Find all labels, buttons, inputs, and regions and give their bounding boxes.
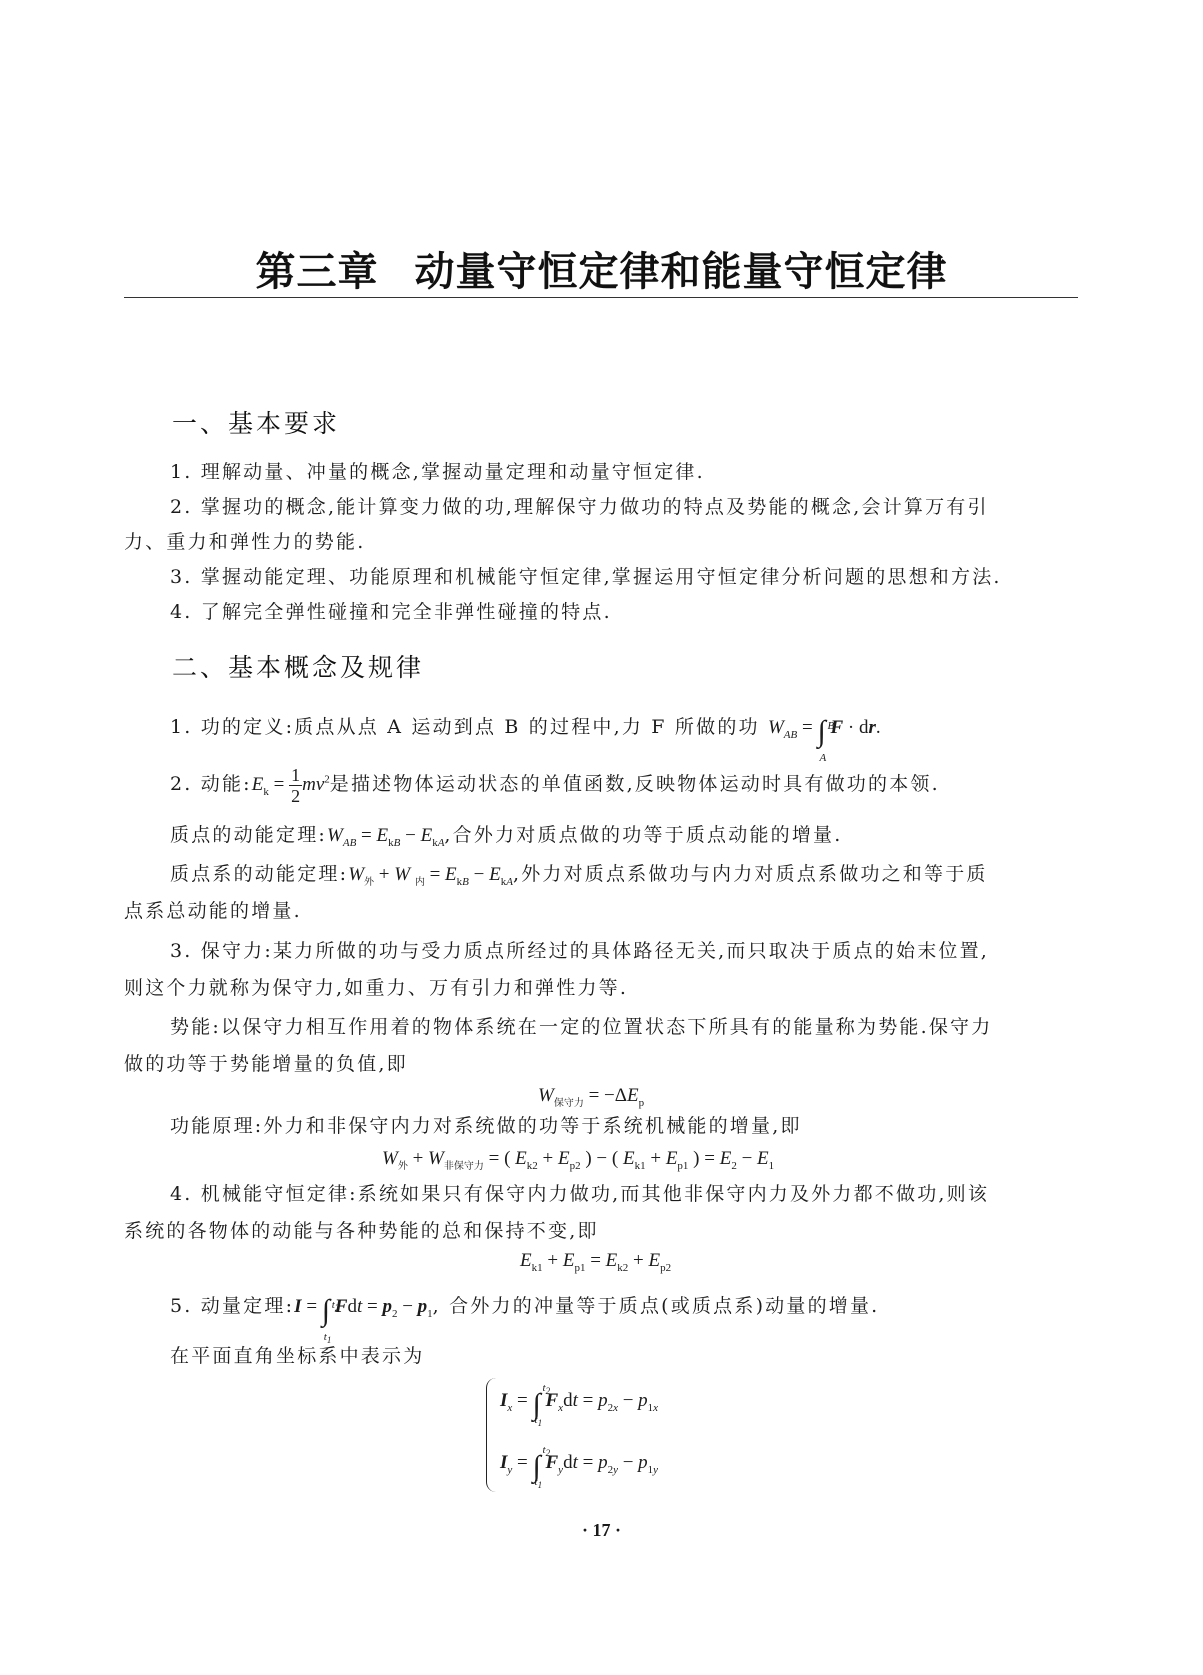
system-kinetic-theorem-cont: 点系总动能的增量. xyxy=(124,898,302,924)
requirement-item-2: 2. 掌握功的概念,能计算变力做的功,理解保守力做功的特点及势能的概念,会计算万… xyxy=(170,494,989,520)
mech-energy-conservation-line2: 系统的各物体的动能与各种势能的总和保持不变,即 xyxy=(124,1218,599,1244)
potential-energy-line2: 做的功等于势能增量的负值,即 xyxy=(124,1051,408,1077)
momentum-y-component: Iy = ∫t2t1 Fydt = p2y − p1y xyxy=(500,1450,658,1484)
requirement-item-2-cont: 力、重力和弹性力的势能. xyxy=(124,529,365,555)
title-divider xyxy=(124,297,1078,298)
momentum-theorem: 5. 动量定理:I = ∫t2t1 Fdt = p2 − p1, 合外力的冲量等… xyxy=(170,1293,879,1327)
system-brace xyxy=(486,1378,497,1492)
kinetic-energy-formula: Ek = 12mv2 xyxy=(252,774,330,795)
kinetic-energy-definition: 2. 动能:Ek = 12mv2是描述物体运动状态的单值函数,反映物体运动时具有… xyxy=(170,765,940,806)
requirement-item-3: 3. 掌握动能定理、功能原理和机械能守恒定律,掌握运用守恒定律分析问题的思想和方… xyxy=(170,564,1002,590)
work-formula: WAB = ∫BA F · dr. xyxy=(768,717,881,738)
particle-kinetic-theorem: 质点的动能定理:WAB = EkB − EkA,合外力对质点做的功等于质点动能的… xyxy=(170,822,843,856)
mech-energy-conservation-line1: 4. 机械能守恒定律:系统如果只有保守内力做功,而其他非保守内力及外力都不做功,… xyxy=(170,1181,989,1207)
requirement-item-4: 4. 了解完全弹性碰撞和完全非弹性碰撞的特点. xyxy=(170,599,612,625)
conservative-force-line2: 则这个力就称为保守力,如重力、万有引力和弹性力等. xyxy=(124,975,628,1001)
chapter-name: 动量守恒定律和能量守恒定律 xyxy=(415,248,948,295)
chapter-number: 第三章 xyxy=(256,248,379,295)
particle-theorem-formula: WAB = EkB − EkA xyxy=(327,825,444,846)
section-heading-concepts: 二、基本概念及规律 xyxy=(172,648,424,684)
potential-energy-formula: W保守力 = −ΔEp xyxy=(538,1085,644,1109)
work-energy-principle: 功能原理:外力和非保守内力对系统做的功等于系统机械能的增量,即 xyxy=(170,1113,802,1139)
requirement-item-1: 1. 理解动量、冲量的概念,掌握动量定理和动量守恒定律. xyxy=(170,459,705,485)
momentum-formula: I = ∫t2t1 Fdt = p2 − p1 xyxy=(294,1296,433,1317)
potential-energy-line1: 势能:以保守力相互作用着的物体系统在一定的位置状态下所具有的能量称为势能.保守力 xyxy=(170,1014,992,1040)
work-definition: 1. 功的定义:质点从点 A 运动到点 B 的过程中,力 F 所做的功 WAB … xyxy=(170,714,881,748)
page-number: · 17 · xyxy=(0,1520,1203,1541)
cartesian-intro: 在平面直角坐标系中表示为 xyxy=(170,1343,424,1369)
mech-energy-formula: Ek1 + Ep1 = Ek2 + Ep2 xyxy=(520,1250,671,1274)
chapter-title: 第三章动量守恒定律和能量守恒定律 xyxy=(0,240,1203,297)
system-kinetic-theorem: 质点系的动能定理:W外 + W 内 = EkB − EkA,外力对质点系做功与内… xyxy=(170,861,988,896)
system-theorem-formula: W外 + W 内 = EkB − EkA xyxy=(348,864,513,885)
momentum-x-component: Ix = ∫t2t1 Fxdt = p2x − p1x xyxy=(500,1388,658,1422)
conservative-force-line1: 3. 保守力:某力所做的功与受力质点所经过的具体路径无关,而只取决于质点的始末位… xyxy=(170,938,989,964)
textbook-page: 第三章动量守恒定律和能量守恒定律 一、基本要求 1. 理解动量、冲量的概念,掌握… xyxy=(0,0,1203,1675)
section-heading-requirements: 一、基本要求 xyxy=(172,404,340,440)
work-energy-formula: W外 + W非保守力 = ( Ek2 + Ep2 ) − ( Ek1 + Ep1… xyxy=(382,1148,774,1172)
